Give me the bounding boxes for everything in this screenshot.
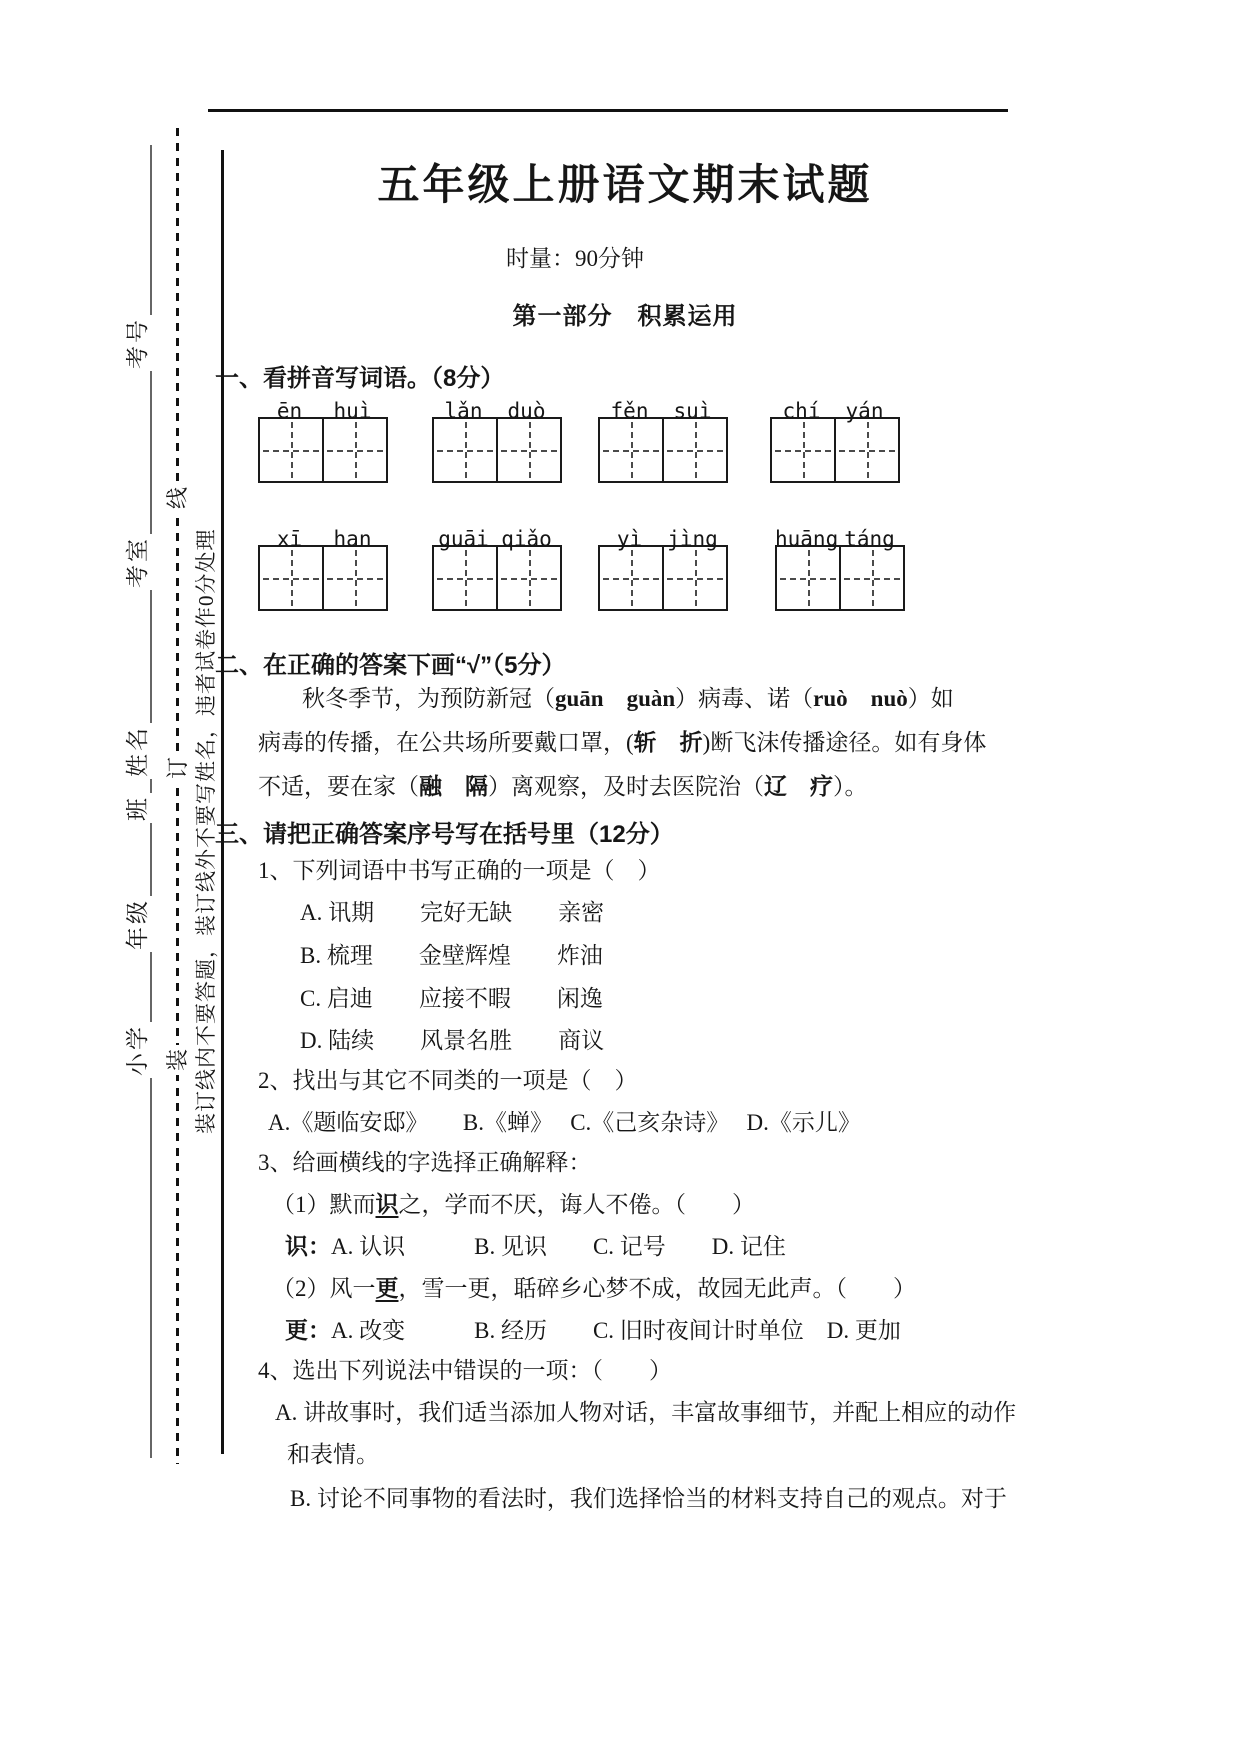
- pinyin-syllable: táng: [838, 527, 901, 551]
- pinyin-syllable: duò: [495, 399, 558, 423]
- question-stem: 3、给画横线的字选择正确解释：: [258, 1148, 592, 1178]
- question-stem: 2、找出与其它不同类的一项是（ ）: [258, 1066, 638, 1096]
- tian-zi-ge-cell: [775, 545, 841, 611]
- field-blank: [124, 145, 152, 315]
- tian-zi-ge-cell: [496, 545, 562, 611]
- option-line: 和表情。: [287, 1440, 379, 1470]
- pinyin-label: xīhan: [258, 527, 388, 551]
- option-line: 更：A. 改变 B. 经历 C. 旧时夜间计时单位 D. 更加: [285, 1316, 901, 1346]
- section3-heading: 三、请把正确答案序号写在括号里（12分）: [215, 814, 674, 849]
- pinyin-label: fěnsuì: [598, 399, 728, 423]
- part-heading: 第一部分 积累运用: [240, 296, 1010, 331]
- pinyin-group: xīhan: [258, 527, 388, 611]
- pinyin-syllable: qiǎo: [495, 527, 558, 551]
- pinyin-label: chíyán: [770, 399, 900, 423]
- sidebar-field-label: 年级: [124, 896, 152, 952]
- pinyin-syllable: han: [321, 527, 384, 551]
- passage-line: 秋冬季节，为预防新冠（guān guàn）病毒、诺（ruò nuò）如: [258, 684, 954, 714]
- binding-char: 线: [163, 483, 193, 513]
- tian-zi-ge-cell: [258, 545, 324, 611]
- page-title: 五年级上册语文期末试题: [240, 152, 1010, 212]
- option-line: 识：A. 认识 B. 见识 C. 记号 D. 记住: [285, 1232, 786, 1262]
- question-stem: 1、下列词语中书写正确的一项是（ ）: [258, 856, 661, 886]
- tian-zi-ge-cell: [770, 417, 836, 483]
- pinyin-group: huāngtáng: [775, 527, 905, 611]
- option-line: A.《题临安邸》 B.《蝉》 C.《己亥杂诗》 D.《示儿》: [268, 1108, 861, 1138]
- pinyin-syllable: yì: [598, 527, 661, 551]
- pinyin-label: huāngtáng: [775, 527, 905, 551]
- question-subline: （2）风一更，雪一更，聒碎乡心梦不成，故园无此声。（ ）: [272, 1274, 916, 1304]
- tian-zi-ge-cell: [322, 417, 388, 483]
- pinyin-group: fěnsuì: [598, 399, 728, 483]
- exam-paper-page: 小学 年级 班 姓名 考室 考号 线 订 装 装订线内不要答题，装订线外不要写姓…: [0, 0, 1241, 1754]
- field-blank: [124, 590, 152, 723]
- field-blank: [124, 779, 152, 793]
- pinyin-syllable: yán: [833, 399, 896, 423]
- option-line: A. 讯期 完好无缺 亲密: [300, 898, 604, 928]
- top-rule: [208, 109, 1008, 112]
- tian-zi-ge-cell: [834, 417, 900, 483]
- pinyin-label: yìjìng: [598, 527, 728, 551]
- pinyin-syllable: ēn: [258, 399, 321, 423]
- sidebar-fields-line: 小学 年级 班 姓名 考室 考号: [122, 145, 152, 1458]
- binding-char: 装: [163, 1045, 193, 1075]
- tian-zi-ge-cell: [662, 417, 728, 483]
- content-border-line: [221, 150, 224, 1454]
- sidebar-field-label: 姓名: [124, 723, 152, 779]
- pinyin-syllable: fěn: [598, 399, 661, 423]
- question-stem: 4、选出下列说法中错误的一项：（ ）: [258, 1356, 672, 1386]
- pinyin-group: guāiqiǎo: [432, 527, 562, 611]
- question-subline: （1）默而识之，学而不厌，诲人不倦。（ ）: [272, 1190, 755, 1220]
- option-line: B. 讨论不同事物的看法时，我们选择恰当的材料支持自己的观点。对于: [290, 1484, 1007, 1514]
- tian-zi-ge-cell: [662, 545, 728, 611]
- pinyin-label: lǎnduò: [432, 399, 562, 423]
- field-blank: [124, 371, 152, 534]
- passage-line: 不适，要在家（融 隔）离观察，及时去医院治（辽 疗）。: [258, 772, 868, 802]
- pinyin-syllable: suì: [661, 399, 724, 423]
- tian-zi-ge-cell: [839, 545, 905, 611]
- pinyin-label: guāiqiǎo: [432, 527, 562, 551]
- pinyin-group: yìjìng: [598, 527, 728, 611]
- pinyin-syllable: guāi: [432, 527, 495, 551]
- pinyin-syllable: chí: [770, 399, 833, 423]
- tian-zi-ge-cell: [432, 545, 498, 611]
- pinyin-syllable: huì: [321, 399, 384, 423]
- pinyin-group: chíyán: [770, 399, 900, 483]
- field-blank: [124, 823, 152, 896]
- pinyin-syllable: jìng: [661, 527, 724, 551]
- tian-zi-ge-cell: [496, 417, 562, 483]
- option-line: C. 启迪 应接不暇 闲逸: [300, 984, 603, 1014]
- section1-heading: 一、看拼音写词语。（8分）: [215, 358, 504, 393]
- pinyin-syllable: xī: [258, 527, 321, 551]
- pinyin-syllable: huāng: [775, 527, 838, 551]
- sidebar-field-label: 班: [124, 793, 152, 823]
- pinyin-group: ēnhuì: [258, 399, 388, 483]
- sidebar-field-label: 小学: [124, 1022, 152, 1078]
- pinyin-syllable: lǎn: [432, 399, 495, 423]
- tian-zi-ge-cell: [598, 545, 664, 611]
- option-line: D. 陆续 风景名胜 商议: [300, 1026, 604, 1056]
- pinyin-group: lǎnduò: [432, 399, 562, 483]
- field-blank: [124, 952, 152, 1022]
- exam-duration: 时量：90分钟: [225, 240, 925, 273]
- binding-char: 订: [163, 753, 193, 783]
- pinyin-label: ēnhuì: [258, 399, 388, 423]
- option-line: B. 梳理 金壁辉煌 炸油: [300, 941, 603, 971]
- tian-zi-ge-cell: [432, 417, 498, 483]
- binding-warning-text: 装订线内不要答题，装订线外不要写姓名，违者试卷作0分处理: [192, 470, 220, 1134]
- binding-dashed-line: [176, 128, 179, 1464]
- sidebar-field-label: 考室: [124, 534, 152, 590]
- option-line: A. 讲故事时，我们适当添加人物对话，丰富故事细节，并配上相应的动作: [275, 1398, 1016, 1428]
- tian-zi-ge-cell: [258, 417, 324, 483]
- passage-line: 病毒的传播，在公共场所要戴口罩，(斩 折)断飞沫传播途径。如有身体: [258, 728, 986, 758]
- section2-heading: 二、在正确的答案下画“√”（5分）: [215, 645, 566, 680]
- tian-zi-ge-cell: [322, 545, 388, 611]
- sidebar-field-label: 考号: [124, 315, 152, 371]
- tian-zi-ge-cell: [598, 417, 664, 483]
- field-blank: [124, 1078, 152, 1458]
